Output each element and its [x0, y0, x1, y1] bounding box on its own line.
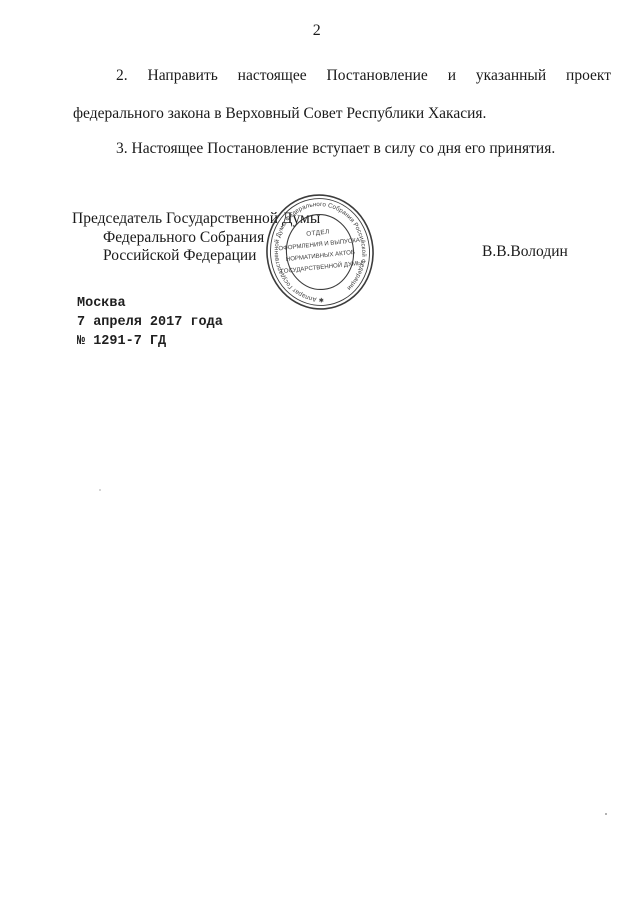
paragraph-2-line-2: федерального закона в Верховный Совет Ре…	[73, 104, 486, 124]
footer-city: Москва	[77, 294, 223, 313]
footer-date: 7 апреля 2017 года	[77, 313, 223, 332]
scan-speck	[99, 489, 101, 491]
official-stamp: ✱ Аппарат Государственной Думы Федеральн…	[236, 168, 403, 335]
paragraph-2-line-1: 2. Направить настоящее Постановление и у…	[73, 66, 611, 86]
page-number: 2	[0, 22, 634, 40]
stamp-graphic: ✱ Аппарат Государственной Думы Федеральн…	[236, 168, 403, 335]
footer-block: Москва 7 апреля 2017 года № 1291-7 ГД	[77, 294, 223, 351]
document-page: 2 2. Направить настоящее Постановление и…	[0, 0, 640, 905]
signatory-name: В.В.Володин	[482, 243, 568, 261]
footer-document-number: № 1291-7 ГД	[77, 332, 223, 351]
scan-speck	[605, 813, 607, 815]
stamp-center-line-1: ОТДЕЛ	[306, 228, 330, 237]
paragraph-3: 3. Настоящее Постановление вступает в си…	[73, 139, 555, 159]
